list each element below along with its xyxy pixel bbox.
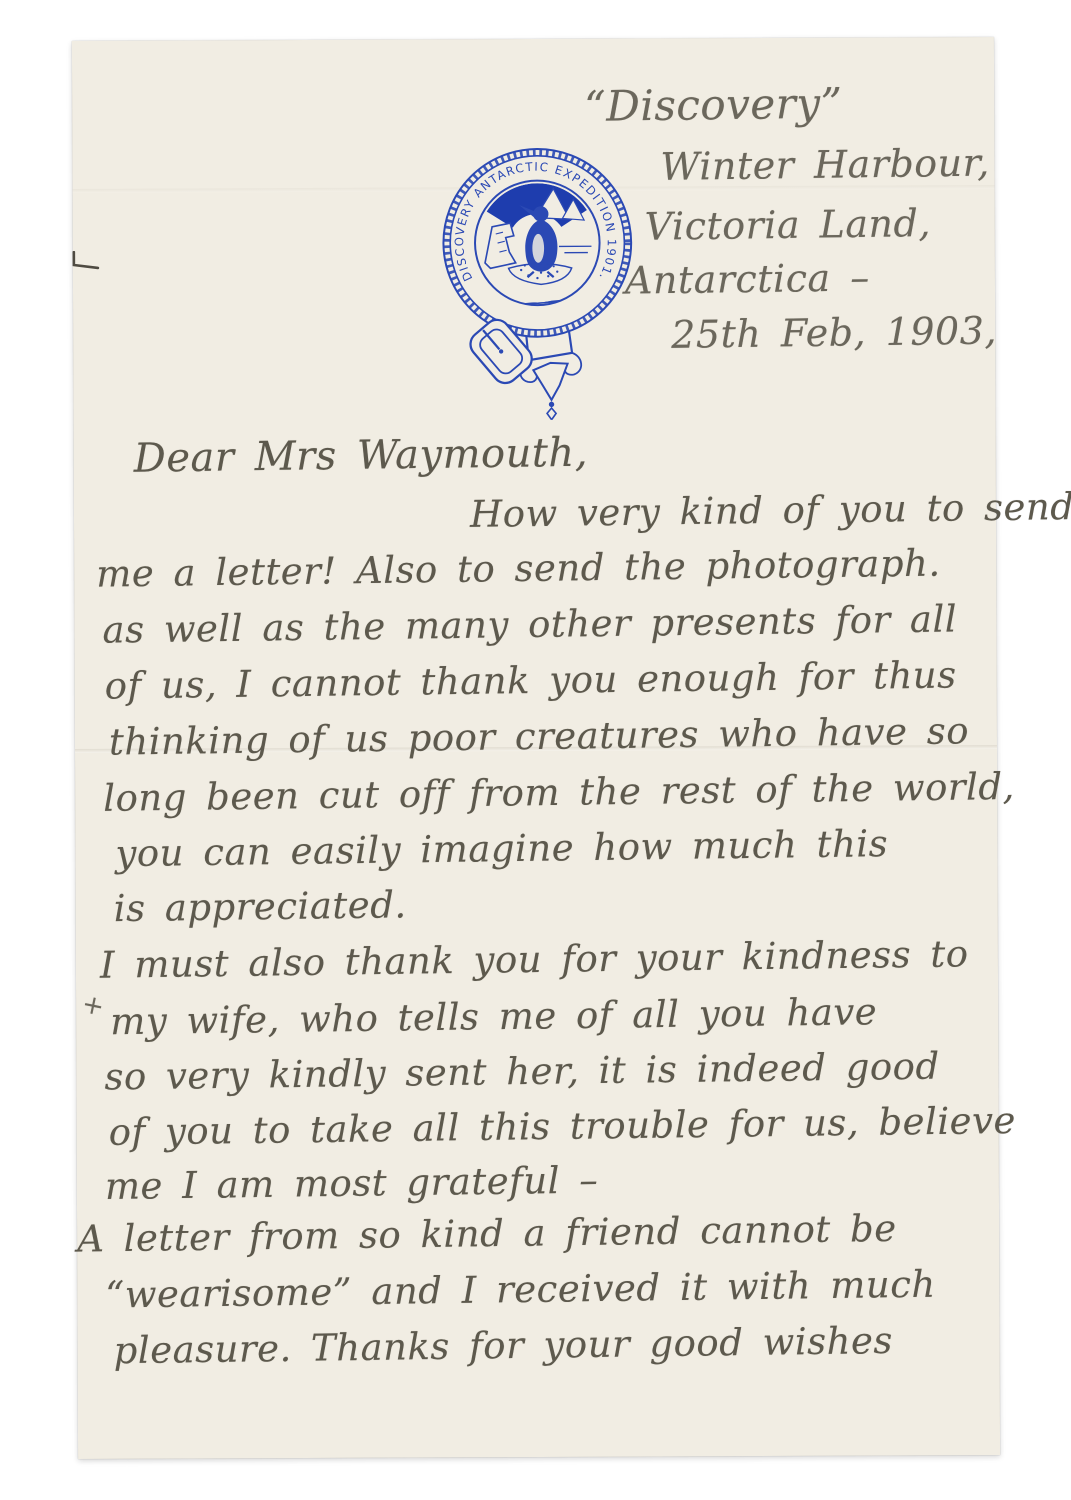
letter-paper: DISCOVERY ANTARCTIC EXPEDITION 1901. [72,37,1000,1459]
header-date: 25th Feb, 1903, [671,312,997,354]
handwritten-line: pleasure. Thanks for your good wishes [113,1322,893,1369]
header-place-line: Victoria Land, [644,204,931,246]
handwritten-line: of you to take all this trouble for us, … [108,1102,1016,1151]
handwritten-line: as well as the many other presents for a… [102,600,957,648]
expedition-stamp: DISCOVERY ANTARCTIC EXPEDITION 1901. [430,140,644,421]
margin-tick-mark-icon [71,251,101,273]
handwritten-line: “wearisome” and I received it with much [105,1266,936,1314]
handwritten-line: me a letter! Also to send the photograph… [96,545,941,593]
margin-plus-mark: + [80,991,107,1021]
handwritten-line: so very kindly sent her, it is indeed go… [104,1048,940,1096]
handwritten-line: long been cut off from the rest of the w… [103,768,1015,817]
handwritten-line: I must also thank you for your kindness … [100,935,969,983]
header-place-line: Antarctica – [625,258,870,299]
handwritten-line: is appreciated. [113,886,406,927]
handwritten-line: How very kind of you to send [470,488,1071,533]
handwritten-line: thinking of us poor creatures who have s… [109,712,969,760]
handwritten-line: A letter from so kind a friend cannot be [77,1210,897,1258]
header-place-line: Winter Harbour, [660,144,990,186]
salutation: Dear Mrs Waymouth, [133,433,588,479]
header-ship-name: “Discovery” [584,83,843,128]
photograph-of-letter: { "document": { "kind": "Handwritten let… [0,0,1071,1500]
handwritten-line: me I am most grateful – [105,1162,599,1205]
handwritten-line: you can easily imagine how much this [115,825,888,872]
handwritten-line: my wife, who tells me of all you have [110,993,877,1040]
stamp-scene [476,182,598,304]
handwritten-line: of us, I cannot thank you enough for thu… [104,656,956,704]
